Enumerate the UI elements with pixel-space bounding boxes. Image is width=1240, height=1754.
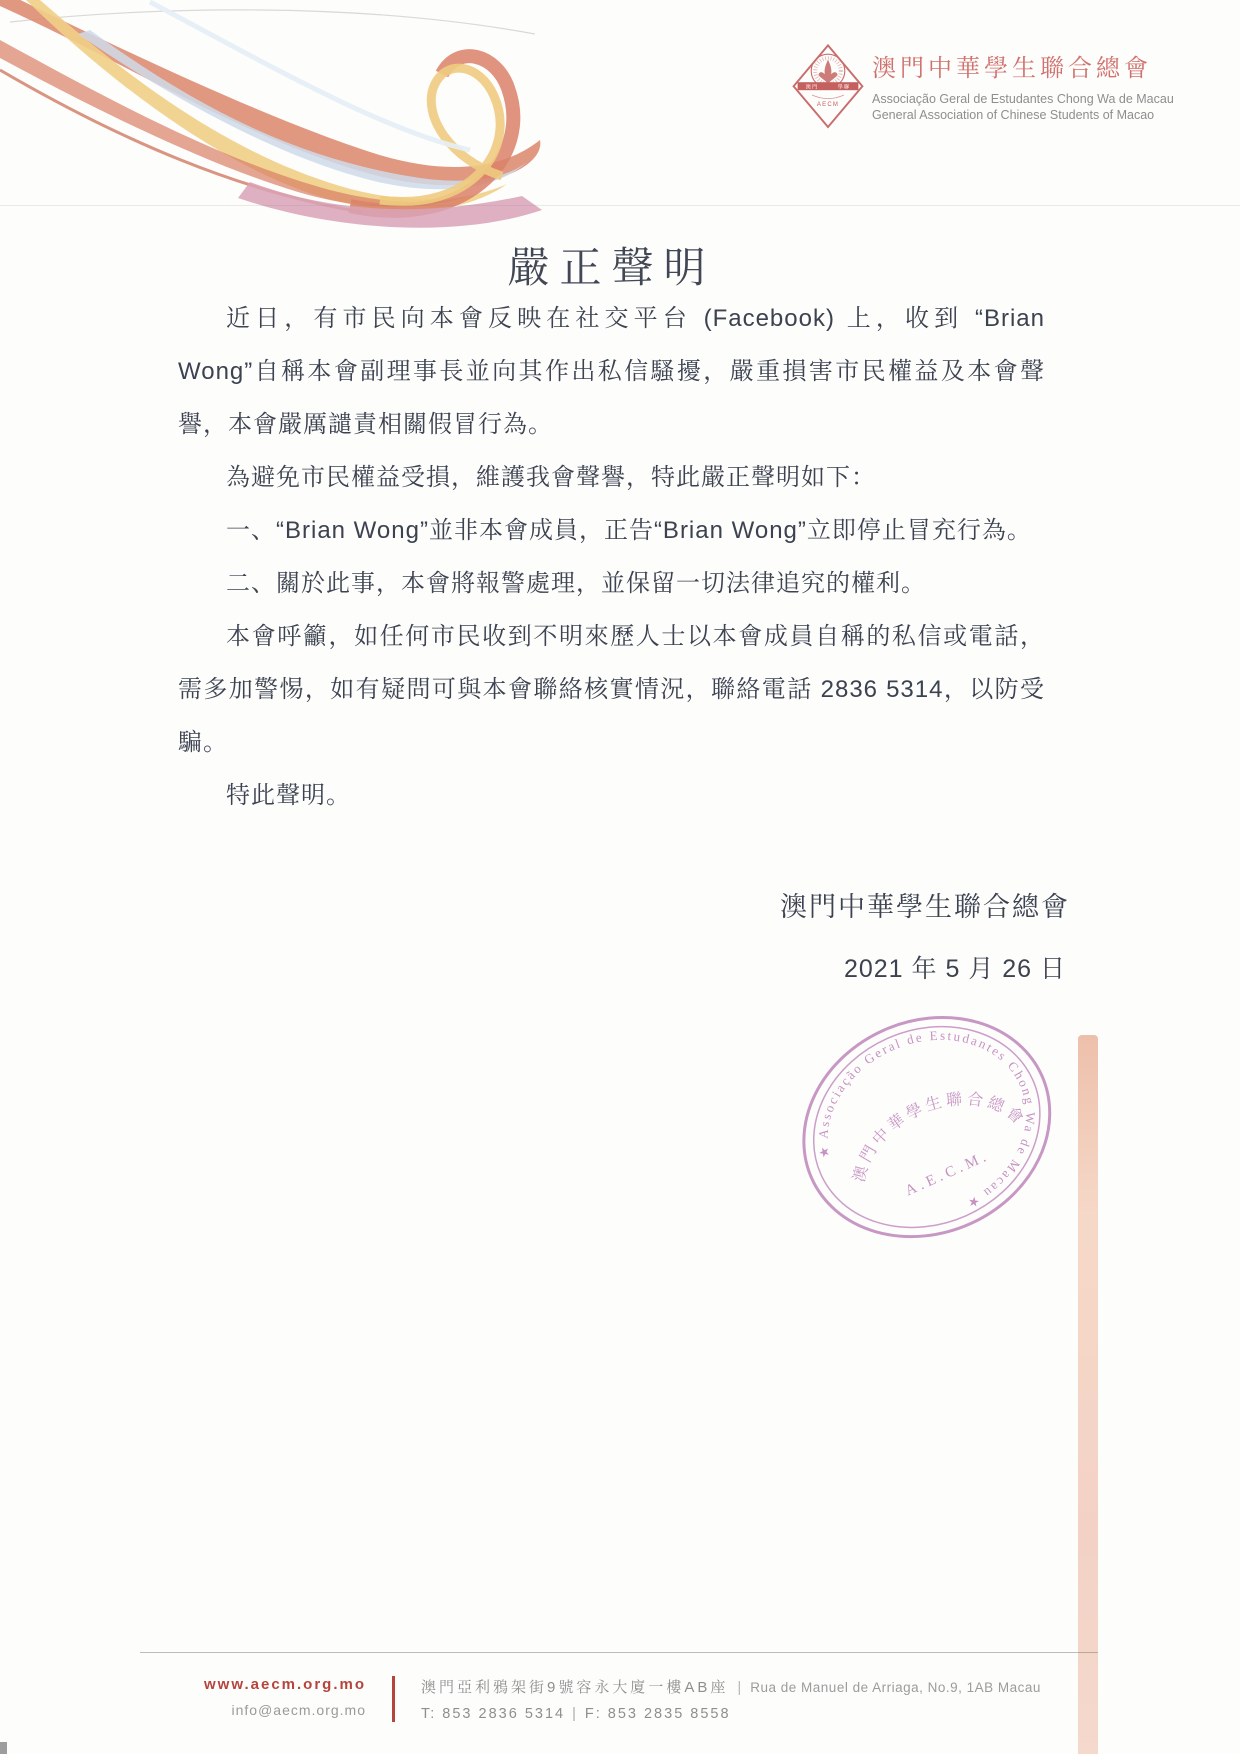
stamp-ring-text: ★ Associação Geral de Estudantes Chong W… bbox=[785, 993, 1070, 1261]
footer-divider-line bbox=[140, 1652, 1098, 1653]
footer-address-separator: | bbox=[728, 1679, 750, 1696]
footer-phone-separator: | bbox=[565, 1706, 585, 1722]
document-page: 澳門 學聯 AECM 澳門中華學生聯合總會 Associação Geral d… bbox=[0, 0, 1240, 1754]
footer-email: info@aecm.org.mo bbox=[140, 1702, 366, 1718]
signature-block: 澳門中華學生聯合總會 2021 年 5 月 26 日 bbox=[760, 887, 1090, 985]
footer-address-english: Rua de Manuel de Arriaga, No.9, 1AB Maca… bbox=[750, 1680, 1041, 1695]
footer-contact-left: www.aecm.org.mo info@aecm.org.mo bbox=[140, 1676, 392, 1722]
footer-fax: F: 853 2835 8558 bbox=[585, 1706, 731, 1722]
statement-paragraph-3: 本會呼籲，如任何市民收到不明來歷人士以本會成員自稱的私信或電話，需多加警惕，如有… bbox=[178, 610, 1045, 769]
footer-address-chinese: 澳門亞利鴉架街9號容永大廈一樓AB座 bbox=[421, 1679, 728, 1696]
statement-item-2: 二、關於此事，本會將報警處理，並保留一切法律追究的權利。 bbox=[178, 557, 1045, 610]
footer-address-block: 澳門亞利鴉架街9號容永大廈一樓AB座|Rua de Manuel de Arri… bbox=[395, 1676, 1041, 1722]
footer-phone: T: 853 2836 5314 bbox=[421, 1706, 565, 1722]
scan-corner-mark bbox=[0, 1742, 7, 1754]
statement-paragraph-2: 為避免市民權益受損，維護我會聲譽，特此嚴正聲明如下： bbox=[178, 451, 1045, 504]
footer: www.aecm.org.mo info@aecm.org.mo 澳門亞利鴉架街… bbox=[140, 1676, 1130, 1722]
statement-paragraph-1: 近日，有市民向本會反映在社交平台 (Facebook) 上，收到 “Brian … bbox=[178, 292, 1045, 451]
signature-date: 2021 年 5 月 26 日 bbox=[790, 949, 1120, 985]
statement-item-1: 一、“Brian Wong”並非本會成員，正告“Brian Wong”立即停止冒… bbox=[178, 504, 1045, 557]
statement-title: 嚴正聲明 bbox=[178, 246, 1045, 292]
statement-body: 嚴正聲明 近日，有市民向本會反映在社交平台 (Facebook) 上，收到 “B… bbox=[178, 0, 1045, 985]
svg-text:★ Associação Geral de Estudant: ★ Associação Geral de Estudantes Chong W… bbox=[785, 993, 1070, 1261]
footer-website: www.aecm.org.mo bbox=[140, 1676, 366, 1693]
statement-closing: 特此聲明。 bbox=[178, 769, 1045, 822]
signature-org: 澳門中華學生聯合總會 bbox=[760, 887, 1090, 927]
official-stamp: ★ Associação Geral de Estudantes Chong W… bbox=[756, 965, 1098, 1290]
